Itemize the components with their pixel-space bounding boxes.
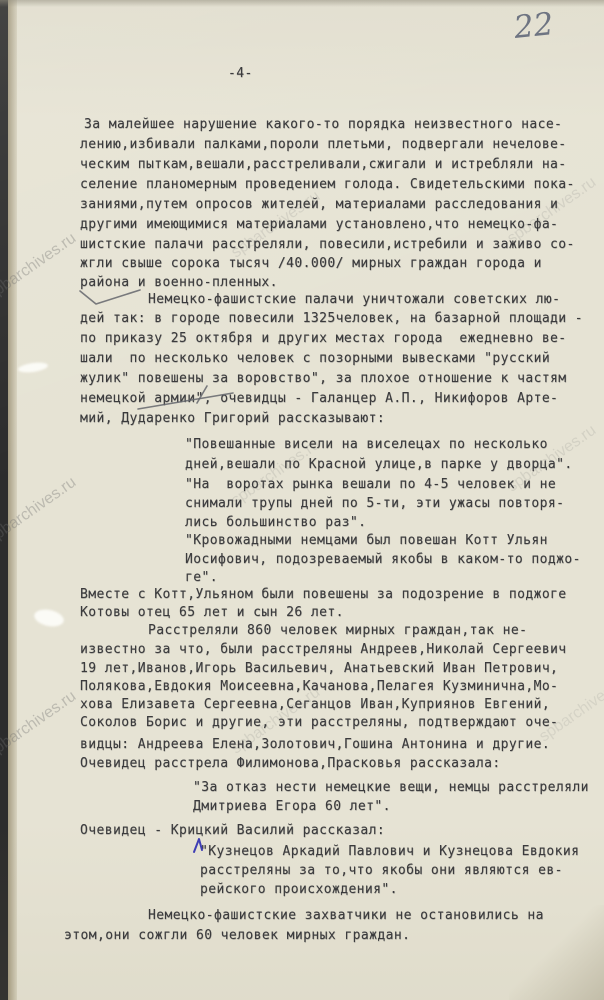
text-line: видцы: Андреева Елена,Золотович,Гошина А…: [80, 738, 550, 751]
text-line: Полякова,Евдокия Моисеевна,Качанова,Пела…: [80, 680, 558, 693]
text-line: селение планомерным проведением голода. …: [80, 178, 575, 191]
text-line: шали по несколько человек с позорными вы…: [80, 352, 550, 365]
text-line: Иосифович, подозреваемый якобы в каком-т…: [185, 553, 581, 566]
text-line: лению,избивали палками,пороли плетьми, п…: [80, 138, 567, 151]
scanned-archive-page: { "page": { "handwritten_folio": "22", "…: [0, 0, 604, 1000]
paper-scratch: [33, 607, 66, 629]
text-line: заниями,путем опросов жителей, материала…: [80, 198, 558, 211]
text-line: жгли свыше сорока тысяч /40.000/ мирных …: [80, 257, 542, 270]
handwritten-folio-number: 22: [512, 6, 555, 46]
text-line: немецкой армии", очевидцы - Галанцер А.П…: [80, 392, 558, 405]
text-line: дней,вешали по Красной улице,в парке у д…: [185, 458, 573, 471]
text-line: "Кровожадными немцами был повешан Котт У…: [185, 534, 548, 547]
typed-page-number: -4-: [228, 66, 253, 81]
text-line: хова Елизавета Сергеевна,Сеганцов Иван,К…: [80, 698, 550, 711]
text-line: "Повешанные висели на виселецах по неско…: [185, 438, 548, 451]
paper-scratch: [18, 361, 49, 374]
text-line: ческим пыткам,вешали,расстреливали,сжига…: [80, 158, 567, 171]
text-line: 19 лет,Иванов,Игорь Васильевич, Анатьевс…: [80, 662, 558, 675]
text-line: рейского происхождения".: [200, 883, 398, 896]
text-line: Котовы отец 65 лет и сын 26 лет.: [80, 606, 344, 619]
text-line: этом,они сожгли 60 человек мирных гражда…: [64, 929, 410, 942]
text-line: ге".: [185, 571, 218, 584]
page-edge-left: [8, 0, 17, 1000]
text-line: лись большинство раз".: [185, 516, 366, 529]
text-line: Дмитриева Егора 60 лет".: [193, 800, 391, 813]
scan-border-left: [0, 0, 8, 1000]
text-line: известно за что, были расстреляны Андрее…: [80, 643, 567, 656]
text-line: Вместе с Котт,Ульяном были повешены за п…: [80, 588, 567, 601]
text-line: За малейшее нарушение какого-то порядка …: [84, 118, 562, 131]
text-line: расстреляны за то,что якобы они являются…: [200, 864, 563, 877]
page-edge-top: [0, 0, 604, 7]
text-line: мий, Дударенко Григорий рассказывают:: [80, 412, 385, 425]
text-line: дей так: в городе повесили 1325человек, …: [80, 312, 583, 325]
text-line: жулик" повешены за воровство", за плохое…: [80, 372, 567, 385]
text-line: района и военно-пленных.: [80, 276, 278, 289]
text-line: Очевидец - Крицкий Василий рассказал:: [80, 824, 385, 837]
text-line: другими имеющимися материалами установле…: [80, 218, 558, 231]
text-line: Немецко-фашистские захватчики не останов…: [148, 909, 544, 922]
text-line: снимали трупы дней по 5-ти, эти ужасы по…: [185, 497, 564, 510]
text-line: по приказу 25 октября и других местах го…: [80, 332, 567, 345]
text-line: Соколов Борис и другие, эти расстреляны,…: [80, 716, 558, 729]
text-line: "На воротах рынка вешали по 4-5 человек …: [185, 478, 556, 491]
text-line: "Кузнецов Аркадий Павлович и Кузнецова Е…: [200, 845, 579, 858]
text-line: шистские палачи расстреляли, повесили,ис…: [80, 238, 575, 251]
text-line: Немецко-фашистские палачи уничтожали сов…: [148, 293, 560, 306]
text-line: Расстреляли 860 человек мирных граждан,т…: [148, 624, 527, 637]
pencil-checkmark: [80, 290, 140, 304]
text-line: "За отказ нести немецкие вещи, немцы рас…: [193, 781, 589, 794]
text-line: Очевидец расстрела Филимонова,Прасковья …: [80, 757, 501, 770]
